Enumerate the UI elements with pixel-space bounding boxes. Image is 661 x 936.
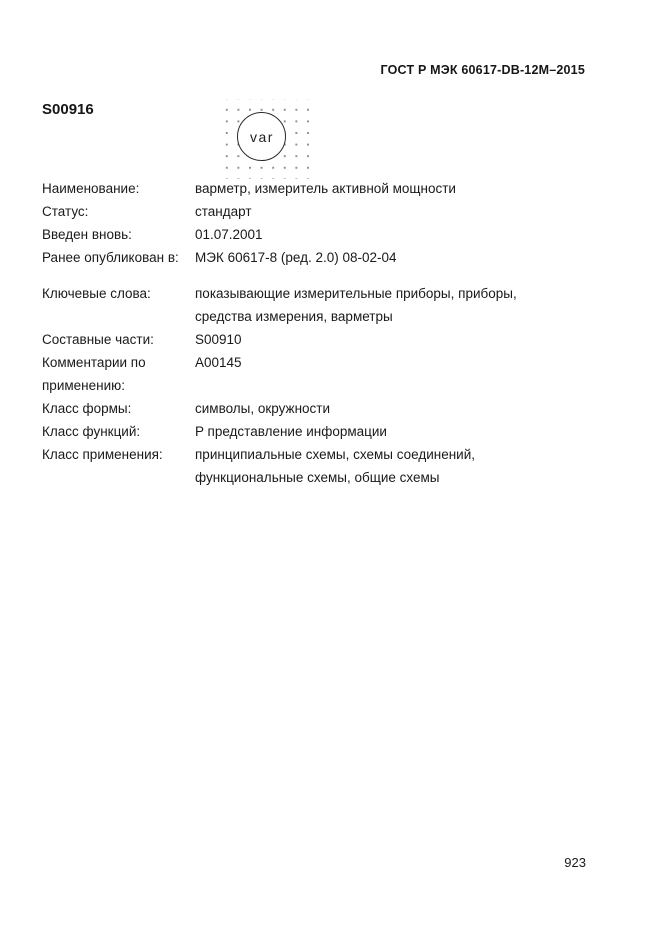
field-value: стандарт [195,200,602,223]
field-value: МЭК 60617-8 (ред. 2.0) 08-02-04 [195,246,602,269]
field-value-line: варметр, измеритель активной мощности [195,177,602,200]
field-label-line: Введен вновь: [42,223,195,246]
field-label-line: Составные части: [42,328,195,351]
field-row: Введен вновь: 01.07.2001 [42,223,602,246]
field-label-line: Класс формы: [42,397,195,420]
field-label: Класс применения: [42,443,195,466]
field-value-line: средства измерения, варметры [195,305,602,328]
field-value: варметр, измеритель активной мощности [195,177,602,200]
field-label: Введен вновь: [42,223,195,246]
field-row: Класс функций: P представление информаци… [42,420,602,443]
field-label: Наименование: [42,177,195,200]
field-label: Класс функций: [42,420,195,443]
field-row: Класс формы: символы, окружности [42,397,602,420]
field-label-line: Ранее опубликован в: [42,246,195,269]
field-value-line: функциональные схемы, общие схемы [195,466,602,489]
document-page: ГОСТ Р МЭК 60617-DB-12M–2015 S00916 var … [0,0,661,936]
field-label: Статус: [42,200,195,223]
field-value: показывающие измерительные приборы, приб… [195,282,602,328]
varmeter-circle-icon: var [237,112,286,161]
field-label-line: Наименование: [42,177,195,200]
field-value-line: S00910 [195,328,602,351]
field-row: Комментарии поприменению: A00145 [42,351,602,397]
field-value: A00145 [195,351,602,374]
field-value: 01.07.2001 [195,223,602,246]
field-value: принципиальные схемы, схемы соединений,ф… [195,443,602,489]
field-label-line: Статус: [42,200,195,223]
field-value-line: символы, окружности [195,397,602,420]
field-row: Класс применения: принципиальные схемы, … [42,443,602,489]
field-label: Составные части: [42,328,195,351]
field-value-line: показывающие измерительные приборы, приб… [195,282,602,305]
field-value: S00910 [195,328,602,351]
field-label: Ранее опубликован в: [42,246,195,269]
symbol-id: S00916 [42,101,94,118]
field-label-line: Ключевые слова: [42,282,195,305]
field-row: Наименование: варметр, измеритель активн… [42,177,602,200]
field-label-line: применению: [42,374,195,397]
field-value-line: 01.07.2001 [195,223,602,246]
field-label: Ключевые слова: [42,282,195,305]
attributes-list: Наименование: варметр, измеритель активн… [42,177,602,489]
field-label: Комментарии поприменению: [42,351,195,397]
standard-title-header: ГОСТ Р МЭК 60617-DB-12M–2015 [0,63,585,77]
field-value-line: МЭК 60617-8 (ред. 2.0) 08-02-04 [195,246,602,269]
field-label-line: Комментарии по [42,351,195,374]
field-value: P представление информации [195,420,602,443]
field-row: Составные части: S00910 [42,328,602,351]
field-value-line: принципиальные схемы, схемы соединений, [195,443,602,466]
symbol-unit-text: var [249,129,274,145]
field-value: символы, окружности [195,397,602,420]
field-value-line: A00145 [195,351,602,374]
field-label: Класс формы: [42,397,195,420]
field-row: Ранее опубликован в: МЭК 60617-8 (ред. 2… [42,246,602,269]
field-row: Ключевые слова: показывающие измерительн… [42,282,602,328]
field-label-line: Класс функций: [42,420,195,443]
field-label-line: Класс применения: [42,443,195,466]
field-row: Статус: стандарт [42,200,602,223]
field-value-line: P представление информации [195,420,602,443]
symbol-drawing: var [217,99,310,179]
page-number: 923 [0,855,586,870]
field-value-line: стандарт [195,200,602,223]
